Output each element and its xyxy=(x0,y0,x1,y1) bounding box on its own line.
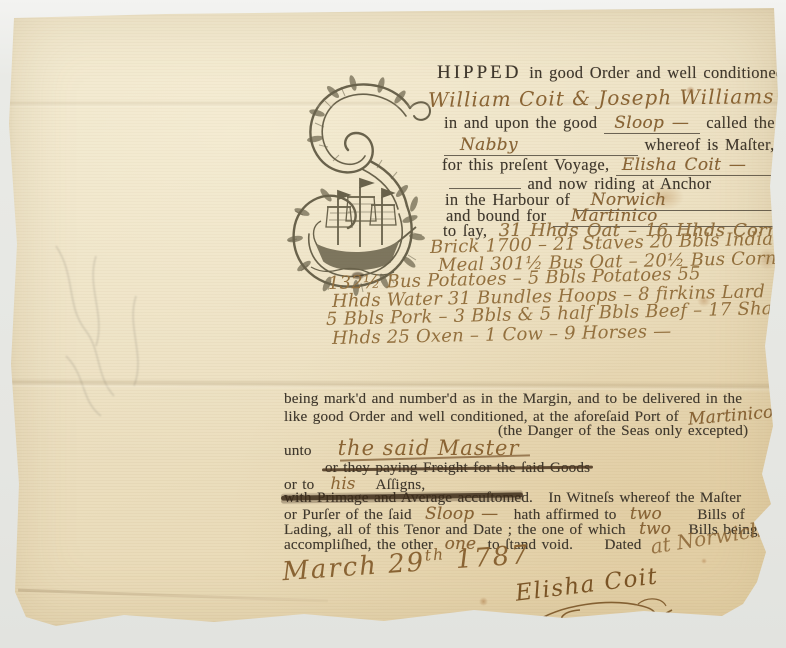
stain xyxy=(701,558,707,564)
margin-clause-text: being mark'd and number'd as in the Marg… xyxy=(284,390,742,407)
shippers-handwriting: William Coit & Joseph Williams xyxy=(428,84,775,112)
whereof-master-text: whereof is Maſter, xyxy=(644,135,774,154)
vessel-name-handwriting: Nabby xyxy=(460,135,518,155)
consignee-handwriting: the said Master xyxy=(338,436,520,460)
unto-text: unto xyxy=(284,442,312,459)
vessel-name-line: Nabby whereof is Maſter, xyxy=(444,135,775,156)
crease-bottom-left xyxy=(18,589,328,603)
stain xyxy=(479,597,488,606)
master-name-handwriting: Elisha Coit — xyxy=(622,155,746,175)
photograph-background: HIPPED in good Order and well conditione… xyxy=(0,0,786,648)
danger-clause-line: (the Danger of the Seas only excepted) xyxy=(498,422,748,440)
opening-clause: in good Order and well conditioned by, xyxy=(529,63,786,82)
signature-flourish-icon xyxy=(526,596,676,636)
unto-line: unto the said Master xyxy=(284,436,520,460)
ship-initial-S-woodcut-icon xyxy=(281,75,436,297)
voyage-text: for this preſent Voyage, xyxy=(442,155,609,174)
upon-good-text: in and upon the good xyxy=(444,113,597,132)
blank-rule xyxy=(449,173,521,189)
date-ordinal: th xyxy=(424,545,446,564)
vessel-line: in and upon the good Sloop — called the xyxy=(444,113,775,134)
bleed-through-marks xyxy=(26,236,206,426)
danger-clause-text: (the Danger of the Seas only excepted) xyxy=(498,422,748,439)
opening-line: HIPPED in good Order and well conditione… xyxy=(437,62,786,84)
vessel-type-handwriting: Sloop — xyxy=(614,113,689,133)
shippers-names: William Coit & Joseph Williams xyxy=(428,84,775,112)
dated-label: Dated xyxy=(604,536,641,553)
shipped-word: HIPPED xyxy=(437,62,522,83)
bill-of-lading-document: HIPPED in good Order and well conditione… xyxy=(6,6,780,630)
date-year: 1787 xyxy=(455,540,531,575)
called-the-text: called the xyxy=(706,113,775,132)
